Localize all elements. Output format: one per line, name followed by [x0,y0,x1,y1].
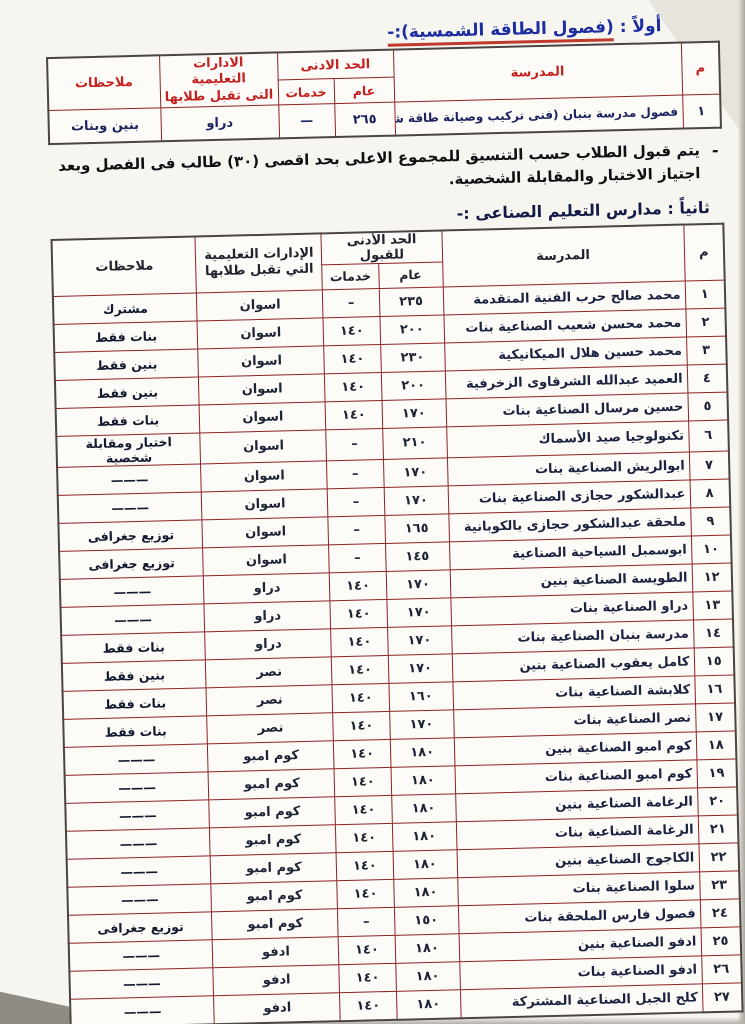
cell-services-minimum: ١٤٠ [331,627,388,656]
cell-row-number: ٢٢ [698,842,739,871]
cell-admin-district: دراو [204,572,331,603]
industrial-header-admins: الإدارات التعليمية التي تقبل طلابها [195,233,322,293]
cell-admin-district: اسوان [202,516,329,547]
cell-general-minimum: ١٧٠ [382,398,447,428]
cell-general-minimum: ١٦٠ [388,681,453,711]
cell-notes: بنات فقط [54,320,199,352]
cell-admin-district: اسوان [202,488,329,519]
cell-general-minimum: ١٧٠ [383,457,448,487]
cell-services-minimum: ١٤٠ [337,851,394,880]
solar-header-admins-line2: التى تقبل طلابها [164,87,273,106]
industrial-table-body: ١ محمد صالح حرب الفنية المتقدمة ٢٣٥ – اس… [53,280,743,1024]
cell-services-minimum: — [278,104,335,139]
cell-notes: بنات فقط [56,404,201,436]
cell-admin-district: كوم امبو [211,880,338,911]
cell-general-minimum: ١٨٠ [390,737,455,767]
cell-row-number: ٢١ [698,814,739,843]
cell-notes: توزيع جغرافى [59,547,204,579]
cell-general-minimum: ١٧٠ [386,597,451,627]
cell-general-minimum: ١٨٠ [393,877,458,907]
cell-notes: اختبار ومقابلة شخصية [56,432,201,467]
cell-row-number: ١٠ [691,535,732,564]
cell-general-minimum: ١٨٠ [395,933,460,963]
cell-services-minimum: ١٤٠ [335,795,392,824]
cell-services-minimum: ١٤٠ [326,400,383,429]
cell-notes: ——— [64,743,209,775]
cell-row-number: ٣ [686,336,727,365]
cell-services-minimum: ١٤٠ [330,571,387,600]
cell-services-minimum: ١٤٠ [339,935,396,964]
cell-school-name: فصول مدرسة بنبان (فنى تركيب وصيانة طاقة … [394,95,683,136]
solar-header-number: م [681,42,720,95]
cell-general-minimum: ١٧٠ [389,709,454,739]
industrial-schools-table: م المدرسة الحد الأدنى للقبول الإدارات ال… [50,222,743,1024]
cell-notes: ——— [69,967,214,999]
cell-general-minimum: ١٨٠ [393,849,458,879]
cell-notes: ——— [67,883,212,915]
cell-services-minimum: ١٤٠ [333,711,390,740]
cell-services-minimum: ١٤٠ [340,991,397,1021]
cell-notes: ——— [57,463,202,495]
cell-general-minimum: ٢١٠ [382,426,447,459]
bullet-dash: - [712,139,720,186]
scanned-page: أولاً : (فصول الطاقة الشمسية):- م المدرس… [0,0,745,1024]
cell-services-minimum: ١٤٠ [334,767,391,796]
cell-admin-district: دراو [205,628,332,659]
cell-admin-district: اسوان [200,401,327,432]
cell-admin-district: اسوان [200,429,327,463]
cell-row-number: ١ [682,94,721,128]
industrial-header-general: عام [378,261,443,288]
cell-admin-district: اسوان [201,460,328,491]
solar-header-admins: الادارات التعليمية التى تقبل طلابها [159,52,278,107]
cell-admin-district: دراو [160,105,279,141]
cell-admin-district: اسوان [199,373,326,404]
cell-notes: بنات فقط [61,631,206,663]
cell-row-number: ٢٥ [700,926,741,955]
industrial-header-minimum: الحد الأدنى للقبول [321,230,442,264]
cell-general-minimum: ١٨٠ [390,765,455,795]
cell-row-number: ٢٣ [699,870,740,899]
cell-general-minimum: ٢٠٠ [379,314,444,344]
cell-notes: ——— [70,995,215,1024]
cell-row-number: ٨ [690,479,731,508]
cell-notes: مشترك [53,292,198,324]
cell-admin-district: دراو [204,600,331,631]
cell-admin-district: نصر [206,684,333,715]
cell-notes: بنين فقط [55,376,200,408]
cell-notes: ——— [66,827,211,859]
cell-services-minimum: ١٤٠ [323,316,380,345]
industrial-header-services: خدمات [322,263,379,289]
cell-general-minimum: ١٧٠ [386,569,451,599]
cell-school-name: كلح الجبل الصناعية المشتركة [460,983,703,1017]
cell-admin-district: كوم امبو [209,796,336,827]
cell-row-number: ٢ [685,308,726,337]
cell-row-number: ٢٠ [697,786,738,815]
document-content: أولاً : (فصول الطاقة الشمسية):- م المدرس… [0,6,745,1024]
cell-services-minimum: – [329,543,386,572]
cell-general-minimum: ١٨٠ [395,961,460,991]
cell-row-number: ٩ [690,507,731,536]
industrial-header-number: م [683,223,724,280]
cell-row-number: ١٧ [695,702,736,731]
cell-general-minimum: ١٨٠ [391,793,456,823]
cell-admin-district: اسوان [197,289,324,320]
cell-row-number: ١٥ [694,646,735,675]
cell-admin-district: كوم امبو [211,852,338,883]
cell-row-number: ٤ [687,364,728,393]
solar-header-admins-line1: الادارات التعليمية [164,55,274,90]
cell-admin-district: اسوان [203,544,330,575]
cell-general-minimum: ٢٠٠ [381,370,446,400]
cell-notes: ——— [60,575,205,607]
cell-services-minimum: ١٤٠ [332,655,389,684]
cell-services-minimum: ١٤٠ [332,683,389,712]
cell-notes: ——— [65,799,210,831]
industrial-header-notes: ملاحظات [51,236,196,296]
solar-classes-table: م المدرسة الحد الادنى الادارات التعليمية… [46,41,722,145]
cell-row-number: ٧ [689,451,730,480]
cell-general-minimum: ١٥٠ [394,905,459,935]
cell-notes: بنات فقط [63,715,208,747]
cell-admin-district: كوم امبو [208,740,335,771]
cell-services-minimum: – [328,515,385,544]
cell-services-minimum: ١٤٠ [337,879,394,908]
cell-row-number: ٥ [687,392,728,421]
solar-header-notes: ملاحظات [47,55,160,110]
cell-notes: بنين وبنات [48,108,161,144]
cell-row-number: ١٤ [693,618,734,647]
cell-admin-district: كوم امبو [212,908,339,939]
cell-admin-district: ادفو [214,992,341,1024]
cell-services-minimum: ١٤٠ [339,963,396,992]
cell-general-minimum: ٢٣٠ [380,342,445,372]
cell-row-number: ١ [685,280,726,309]
section-title-solar-bracket: (فصول الطاقة الشمسية):- [387,17,614,47]
cell-services-minimum: – [338,907,395,936]
cell-general-minimum: ١٨٠ [396,989,461,1019]
cell-notes: ——— [60,603,205,635]
cell-general-minimum: ١٧٠ [387,625,452,655]
cell-services-minimum: – [328,487,385,516]
cell-admin-district: ادفو [213,964,340,995]
cell-general-minimum: ١٦٥ [384,513,449,543]
cell-services-minimum: ١٤٠ [334,739,391,768]
cell-general-minimum: ١٨٠ [392,821,457,851]
cell-services-minimum: – [327,459,384,488]
cell-row-number: ٢٧ [702,982,743,1011]
solar-header-minimum: الحد الادنى [277,50,394,80]
cell-notes: بنين فقط [62,659,207,691]
cell-general-minimum: ٢٣٥ [379,286,444,316]
cell-services-minimum: ١٤٠ [325,372,382,401]
cell-notes: توزيع جغرافى [68,911,213,943]
cell-general-minimum: ٢٦٥ [334,102,395,137]
cell-notes: ——— [67,855,212,887]
cell-admin-district: اسوان [198,345,325,376]
acceptance-note: - يتم قبول الطلاب حسب التنسيق للمجموع ال… [21,139,719,203]
cell-services-minimum: ١٤٠ [324,344,381,373]
cell-general-minimum: ١٧٠ [384,485,449,515]
cell-row-number: ٢٤ [700,898,741,927]
cell-services-minimum: ١٤٠ [330,599,387,628]
cell-notes: توزيع جغرافى [58,519,203,551]
solar-header-services: خدمات [278,79,335,105]
solar-header-general: عام [334,77,395,103]
cell-admin-district: كوم امبو [210,824,337,855]
cell-notes: بنين فقط [54,348,199,380]
cell-admin-district: اسوان [198,317,325,348]
cell-notes: ——— [65,771,210,803]
cell-row-number: ١٦ [694,674,735,703]
section-ordinal-first: أولاً : [619,16,661,37]
cell-services-minimum: ١٤٠ [336,823,393,852]
cell-row-number: ٢٦ [701,954,742,983]
cell-row-number: ١٨ [696,730,737,759]
cell-notes: بنات فقط [63,687,208,719]
cell-admin-district: كوم امبو [209,768,336,799]
cell-general-minimum: ١٧٠ [388,653,453,683]
cell-row-number: ١٢ [692,562,733,591]
industrial-header-admins-line2: التي تقبل طلابها [201,262,318,281]
cell-notes: ——— [58,491,203,523]
cell-row-number: ١٣ [692,590,733,619]
solar-header-school: المدرسة [393,43,682,103]
cell-services-minimum: – [326,428,383,460]
cell-admin-district: ادفو [213,936,340,967]
cell-admin-district: نصر [206,656,333,687]
cell-notes: ——— [69,939,214,971]
acceptance-note-text: يتم قبول الطلاب حسب التنسيق للمجموع الاع… [24,139,701,202]
cell-services-minimum: – [323,288,380,317]
cell-admin-district: نصر [207,712,334,743]
cell-row-number: ٦ [688,420,729,452]
cell-general-minimum: ١٤٥ [385,541,450,571]
industrial-header-school: المدرسة [441,224,684,286]
cell-row-number: ١٩ [696,758,737,787]
